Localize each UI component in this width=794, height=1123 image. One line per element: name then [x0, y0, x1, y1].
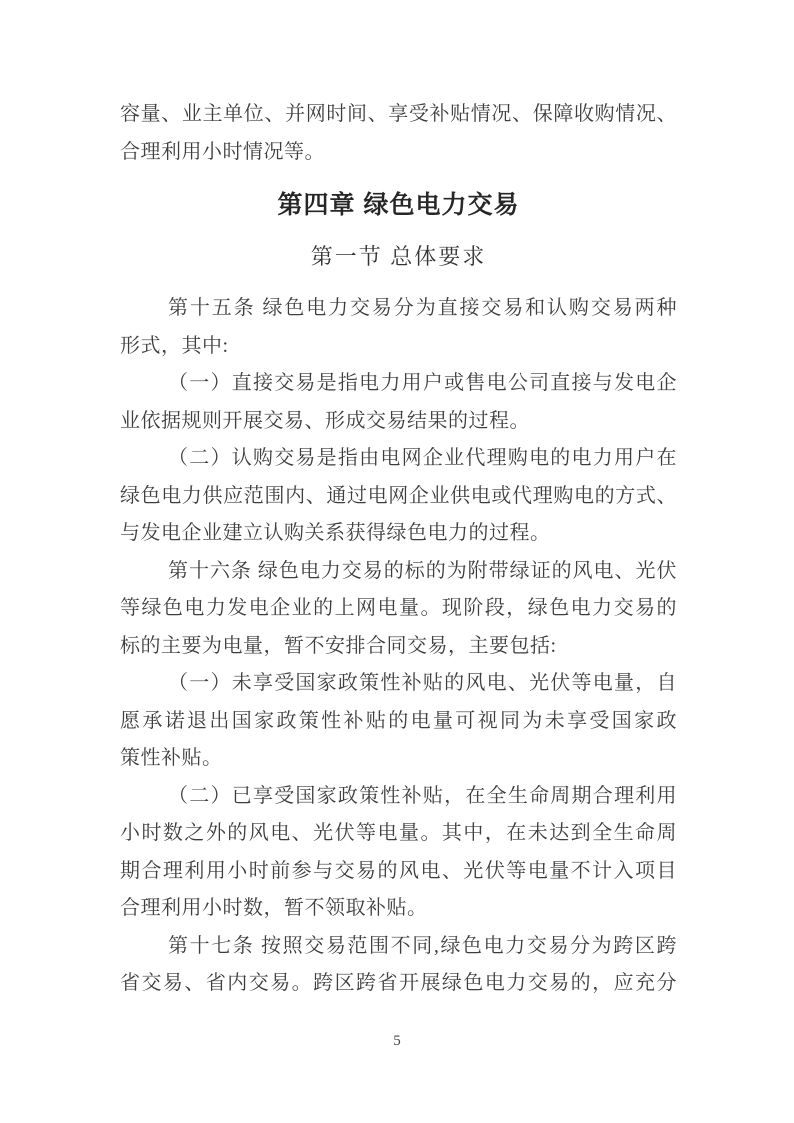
page-content: 容量、业主单位、并网时间、享受补贴情况、保障收购情况、 合理利用小时情况等。 第… [120, 96, 677, 1003]
text-line: 小时数之外的风电、光伏等电量。其中，在未达到全生命周 [120, 815, 677, 853]
text-line: 等绿色电力发电企业的上网电量。现阶段，绿色电力交易的 [120, 590, 677, 628]
body-text-block: 第十五条 绿色电力交易分为直接交易和认购交易两种 形式，其中: （一）直接交易是… [120, 290, 677, 1003]
text-line: 标的主要为电量，暂不安排合同交易，主要包括: [120, 628, 677, 666]
text-line: 绿色电力供应范围内、通过电网企业供电或代理购电的方式、 [120, 478, 677, 516]
text-line: 第十六条 绿色电力交易的标的为附带绿证的风电、光伏 [120, 553, 677, 591]
text-line: 容量、业主单位、并网时间、享受补贴情况、保障收购情况、 [120, 96, 677, 134]
text-line: 策性补贴。 [120, 740, 677, 778]
text-line: 第十七条 按照交易范围不同,绿色电力交易分为跨区跨 [120, 928, 677, 966]
text-line: 合理利用小时情况等。 [120, 134, 677, 172]
text-line: 与发电企业建立认购关系获得绿色电力的过程。 [120, 515, 677, 553]
text-line: 业依据规则开展交易、形成交易结果的过程。 [120, 403, 677, 441]
text-line: 愿承诺退出国家政策性补贴的电量可视同为未享受国家政 [120, 703, 677, 741]
text-line: （一）未享受国家政策性补贴的风电、光伏等电量，自 [120, 665, 677, 703]
text-line: （一）直接交易是指电力用户或售电公司直接与发电企 [120, 365, 677, 403]
section-heading: 第一节 总体要求 [120, 238, 677, 276]
text-line: 合理利用小时数，暂不领取补贴。 [120, 890, 677, 928]
text-line: 第十五条 绿色电力交易分为直接交易和认购交易两种 [120, 290, 677, 328]
text-line: 省交易、省内交易。跨区跨省开展绿色电力交易的，应充分 [120, 965, 677, 1003]
text-line: （二）已享受国家政策性补贴，在全生命周期合理利用 [120, 778, 677, 816]
text-line: （二）认购交易是指由电网企业代理购电的电力用户在 [120, 440, 677, 478]
document-page: 容量、业主单位、并网时间、享受补贴情况、保障收购情况、 合理利用小时情况等。 第… [0, 0, 794, 1123]
text-line: 形式，其中: [120, 328, 677, 366]
chapter-heading: 第四章 绿色电力交易 [120, 185, 677, 225]
text-line: 期合理利用小时前参与交易的风电、光伏等电量不计入项目 [120, 853, 677, 891]
page-number: 5 [0, 1031, 794, 1051]
